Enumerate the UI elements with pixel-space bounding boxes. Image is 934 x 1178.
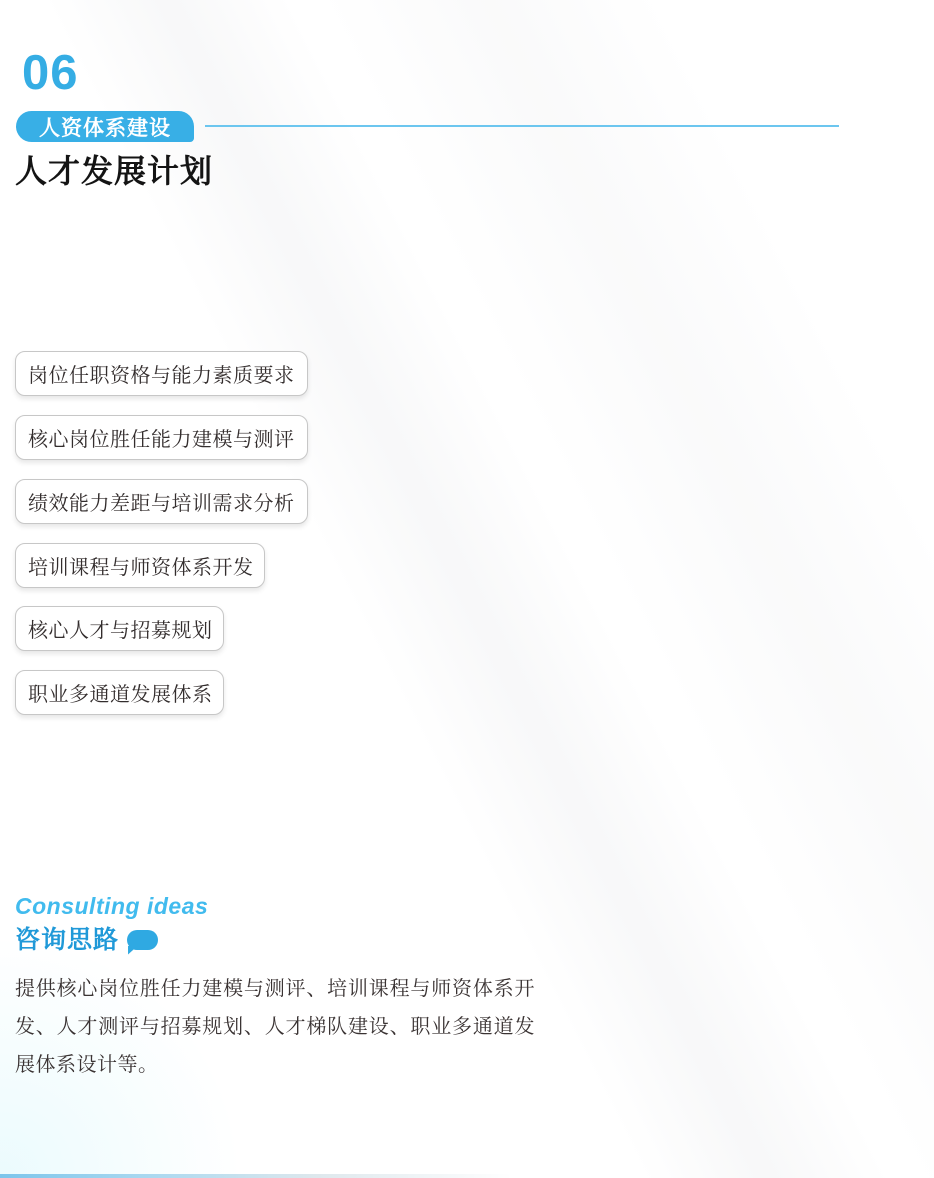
capability-box-label: 核心人才与招募规划 (28, 614, 213, 643)
consulting-heading-row: 咨询思路 (15, 920, 158, 956)
category-badge-label: 人资体系建设 (39, 112, 171, 142)
capability-box-label: 核心岗位胜任能力建模与测评 (28, 423, 295, 452)
bottom-accent-bar (0, 1174, 512, 1178)
speech-bubble-icon (127, 930, 158, 950)
consulting-heading-zh: 咨询思路 (15, 920, 119, 956)
capability-box-label: 培训课程与师资体系开发 (28, 551, 254, 580)
capability-box-label: 岗位任职资格与能力素质要求 (28, 359, 295, 388)
section-number: 06 (22, 49, 79, 98)
capability-box-1: 岗位任职资格与能力素质要求 (15, 351, 308, 396)
capability-box-2: 核心岗位胜任能力建模与测评 (15, 415, 308, 460)
capability-box-3: 绩效能力差距与培训需求分析 (15, 479, 308, 524)
capability-box-label: 绩效能力差距与培训需求分析 (28, 487, 295, 516)
document-page: 06 人资体系建设 人才发展计划 岗位任职资格与能力素质要求 核心岗位胜任能力建… (0, 0, 934, 1178)
capability-box-label: 职业多通道发展体系 (28, 678, 213, 707)
capability-box-4: 培训课程与师资体系开发 (15, 543, 265, 588)
capability-box-6: 职业多通道发展体系 (15, 670, 224, 715)
header-divider-line (205, 125, 839, 127)
category-badge: 人资体系建设 (16, 111, 194, 142)
page-title: 人才发展计划 (15, 151, 213, 191)
capability-box-5: 核心人才与招募规划 (15, 606, 224, 651)
consulting-heading-en: Consulting ideas (15, 893, 208, 920)
consulting-body-text: 提供核心岗位胜任力建模与测评、培训课程与师资体系开发、人才测评与招募规划、人才梯… (15, 970, 535, 1084)
